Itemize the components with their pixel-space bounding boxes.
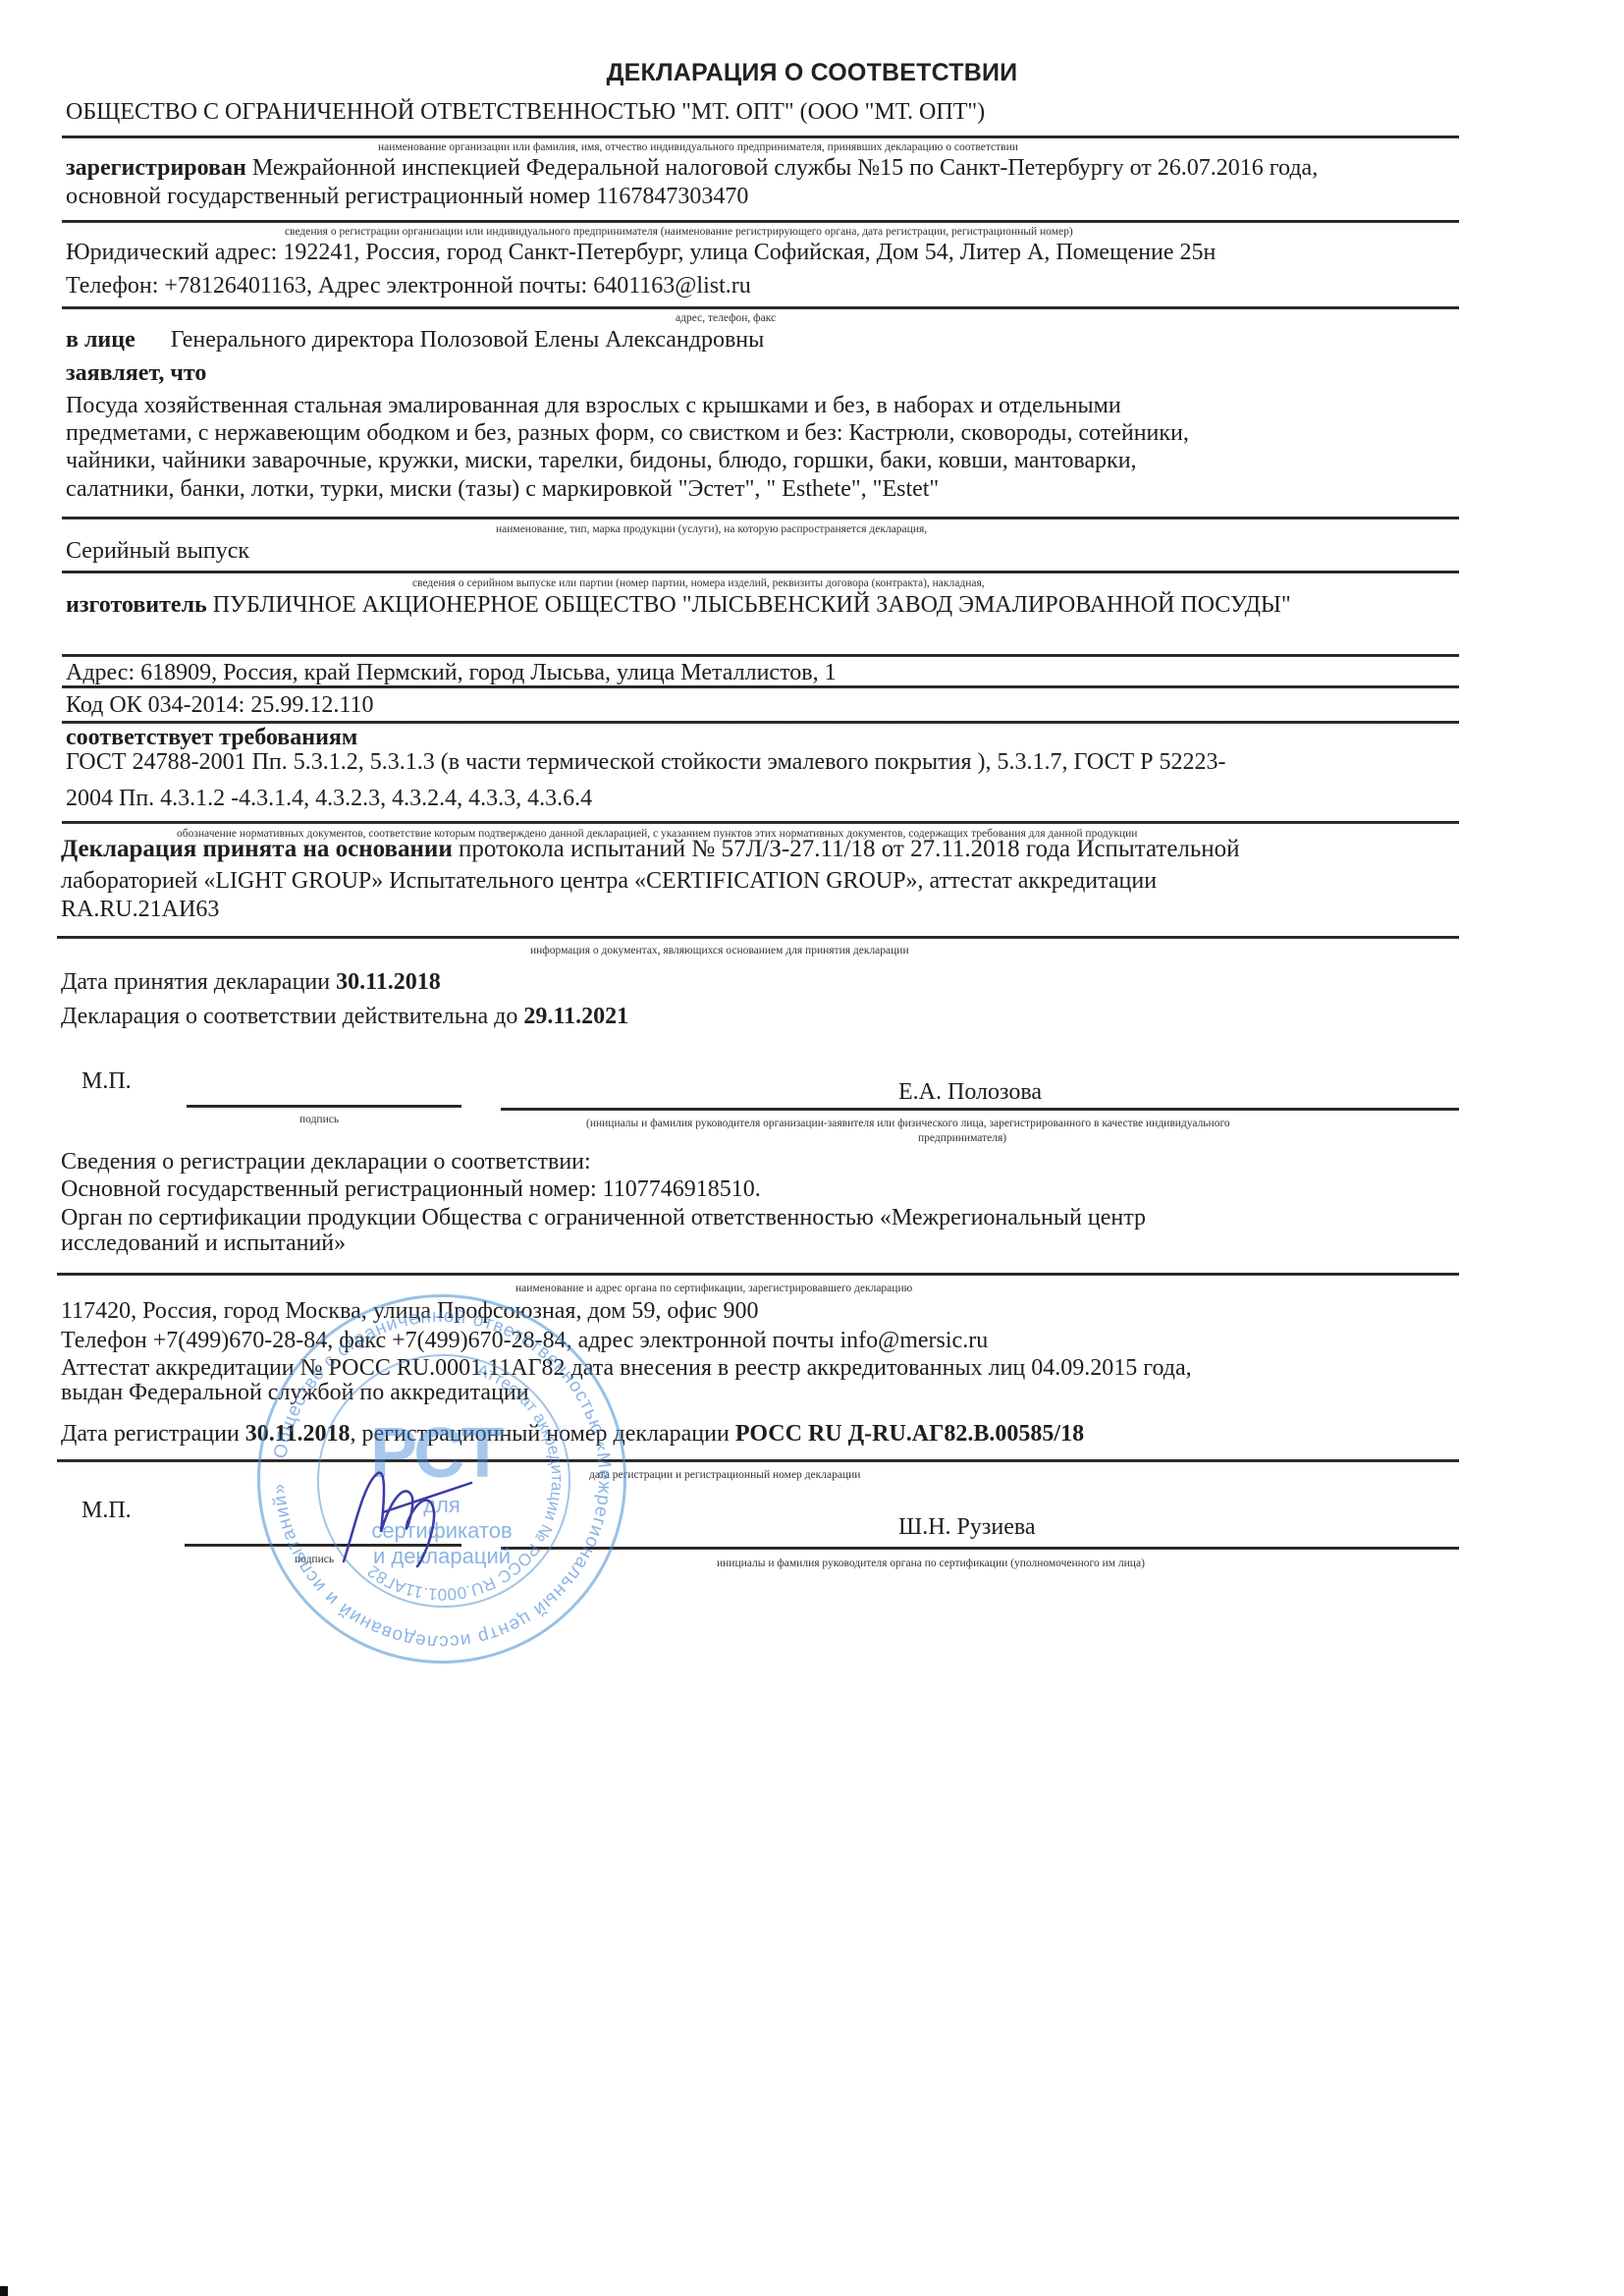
- applicant-signature-caption: подпись: [299, 1114, 339, 1126]
- reg-number-value: РОСС RU Д-RU.АГ82.В.00585/18: [735, 1421, 1084, 1447]
- address-caption: адрес, телефон, факс: [676, 312, 776, 325]
- registration-ogrn: Основной государственный регистрационный…: [61, 1175, 761, 1203]
- declares-label: заявляет, что: [66, 359, 206, 387]
- product-caption: наименование, тип, марка продукции (услу…: [496, 523, 927, 536]
- applicant-signer-caption-1: (инициалы и фамилия руководителя организ…: [586, 1118, 1230, 1130]
- body-signer-name: Ш.Н. Рузиева: [898, 1513, 1036, 1541]
- okpd-code: Код ОК 034-2014: 25.99.12.110: [66, 691, 373, 719]
- reg-date-label: Дата регистрации: [61, 1421, 240, 1447]
- compliance-label: соответствует требованиям: [66, 724, 357, 751]
- basis-line-3: RA.RU.21АИ63: [61, 896, 219, 923]
- accepted-date-row: Дата принятия декларации 30.11.2018: [61, 968, 441, 996]
- product-line-2: предметами, с нержавеющим ободком и без,…: [66, 419, 1189, 447]
- represented-row: в лице Генерального директора Полозовой …: [66, 326, 764, 354]
- basis-line-2: лабораторией «LIGHT GROUP» Испытательног…: [61, 867, 1157, 895]
- registered-label: зарегистрирован: [66, 155, 246, 181]
- registered-line-2: основной государственный регистрационный…: [66, 183, 748, 210]
- applicant-signer-caption-2: предпринимателя): [918, 1132, 1006, 1145]
- compliance-line-2: 2004 Пп. 4.3.1.2 -4.3.1.4, 4.3.2.3, 4.3.…: [66, 785, 592, 812]
- registered-caption: сведения о регистрации организации или и…: [285, 226, 1073, 239]
- basis-caption: информация о документах, являющихся осно…: [530, 945, 909, 957]
- divider: [62, 571, 1459, 574]
- divider: [62, 220, 1459, 223]
- cert-body-caption: наименование и адрес органа по сертифика…: [515, 1283, 912, 1295]
- divider: [57, 1273, 1459, 1276]
- manufacturer-address: Адрес: 618909, Россия, край Пермский, го…: [66, 659, 837, 686]
- divider: [62, 517, 1459, 519]
- product-line-3: чайники, чайники заварочные, кружки, мис…: [66, 447, 1137, 474]
- basis-text: протокола испытаний № 57Л/З-27.11/18 от …: [459, 836, 1240, 862]
- product-line-1: Посуда хозяйственная стальная эмалирован…: [66, 392, 1121, 419]
- scan-edge-mark: [0, 2286, 8, 2296]
- body-signer-caption: инициалы и фамилия руководителя органа п…: [717, 1558, 1145, 1570]
- valid-until-label: Декларация о соответствии действительна …: [61, 1004, 517, 1029]
- divider: [62, 654, 1459, 657]
- represented-by: Генерального директора Полозовой Елены А…: [171, 327, 765, 353]
- body-seal-label: М.П.: [81, 1497, 132, 1524]
- registered-text: Межрайонной инспекцией Федеральной налог…: [252, 155, 1318, 181]
- applicant-name: ОБЩЕСТВО С ОГРАНИЧЕННОЙ ОТВЕТСТВЕННОСТЬЮ…: [66, 98, 985, 126]
- manufacturer-row: изготовитель ПУБЛИЧНОЕ АКЦИОНЕРНОЕ ОБЩЕС…: [66, 591, 1291, 619]
- series-type: Серийный выпуск: [66, 537, 249, 565]
- divider: [62, 136, 1459, 138]
- divider: [57, 936, 1459, 939]
- manufacturer-name: ПУБЛИЧНОЕ АКЦИОНЕРНОЕ ОБЩЕСТВО "ЛЫСЬВЕНС…: [213, 592, 1291, 618]
- manufacturer-label: изготовитель: [66, 592, 207, 618]
- reg-caption: дата регистрации и регистрационный номер…: [589, 1469, 860, 1482]
- product-line-4: салатники, банки, лотки, турки, миски (т…: [66, 475, 939, 503]
- legal-address: Юридический адрес: 192241, Россия, город…: [66, 239, 1216, 266]
- signer-name-line: [501, 1108, 1459, 1111]
- handwritten-signature: [324, 1453, 481, 1571]
- divider: [62, 306, 1459, 309]
- represented-label: в лице: [66, 327, 135, 353]
- signature-line: [187, 1105, 461, 1108]
- accepted-date-value: 30.11.2018: [336, 969, 441, 995]
- compliance-line-1: ГОСТ 24788-2001 Пп. 5.3.1.2, 5.3.1.3 (в …: [66, 748, 1225, 776]
- document-title: ДЕКЛАРАЦИЯ О СООТВЕТСТВИИ: [0, 59, 1624, 87]
- applicant-signer-name: Е.А. Полозова: [898, 1078, 1042, 1106]
- accreditation-line-1: Аттестат аккредитации № РОСС RU.0001.11А…: [61, 1354, 1192, 1382]
- signer-name-line: [501, 1547, 1459, 1550]
- registered-line-1: зарегистрирован Межрайонной инспекцией Ф…: [66, 154, 1318, 182]
- registration-heading: Сведения о регистрации декларации о соот…: [61, 1148, 591, 1175]
- series-caption: сведения о серийном выпуске или партии (…: [412, 577, 985, 590]
- divider: [62, 821, 1459, 824]
- divider: [62, 685, 1459, 688]
- cert-body-line-2: исследований и испытаний»: [61, 1230, 346, 1257]
- valid-until-row: Декларация о соответствии действительна …: [61, 1003, 628, 1030]
- valid-until-value: 29.11.2021: [523, 1004, 628, 1029]
- basis-label: Декларация принята на основании: [61, 836, 453, 862]
- cert-body-line-1: Орган по сертификации продукции Общества…: [61, 1204, 1146, 1231]
- accepted-date-label: Дата принятия декларации: [61, 969, 330, 995]
- applicant-contacts: Телефон: +78126401163, Адрес электронной…: [66, 272, 751, 300]
- applicant-seal-label: М.П.: [81, 1067, 132, 1095]
- applicant-name-caption: наименование организации или фамилия, им…: [378, 141, 1018, 154]
- basis-line-1: Декларация принята на основании протокол…: [61, 836, 1240, 863]
